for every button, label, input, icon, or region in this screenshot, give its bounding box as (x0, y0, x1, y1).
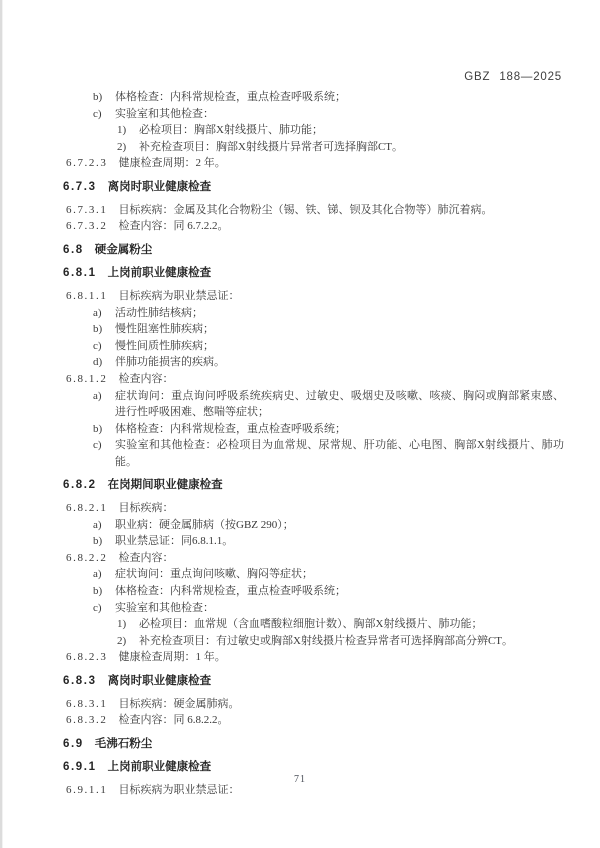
clause-number: 6.8.2 (63, 479, 97, 491)
clause-number: 6.8.2.3 (66, 651, 107, 663)
section-heading: 6.7.3离岗时职业健康检查 (0, 179, 600, 196)
sub-list-item: 2)补充检查项目：有过敏史或胸部X射线摄片检查异常者可选择胸部高分辨CT。 (0, 633, 600, 650)
clause-number: 6.8.1 (63, 267, 97, 279)
sub-list-item: 1)必检项目：血常规（含血嗜酸粒细胞计数）、胸部X射线摄片、肺功能； (0, 616, 600, 633)
standard-number-header: GBZ 188—2025 (464, 71, 562, 83)
item-label: b) (93, 583, 102, 600)
list-item: a)活动性肺结核病； (0, 305, 600, 322)
clause-text: 健康检查周期：1 年。 (118, 651, 225, 663)
clause-number: 6.8.3.1 (66, 698, 107, 710)
clause-number: 6.8.2.2 (66, 552, 107, 564)
clause-line: 6.8.3.1目标疾病：硬金属肺病。 (0, 696, 600, 713)
clause-text: 补充检查项目：胸部X射线摄片异常者可选择胸部CT。 (139, 141, 403, 153)
clause-text: 实验室和其他检查： (115, 108, 214, 120)
clause-text: 必检项目：血常规（含血嗜酸粒细胞计数）、胸部X射线摄片、肺功能； (139, 618, 482, 630)
clause-number: 6.8.3 (63, 675, 97, 687)
list-item: c)实验室和其他检查：必检项目为血常规、尿常规、肝功能、心电图、胸部X射线摄片、… (0, 437, 600, 470)
clause-number: 6.8.1.2 (66, 373, 107, 385)
sub-list-item: 2)补充检查项目：胸部X射线摄片异常者可选择胸部CT。 (0, 139, 600, 156)
document-page: GBZ 188—2025 b)体格检查：内科常规检查，重点检查呼吸系统；c)实验… (0, 0, 600, 848)
clause-text: 慢性间质性肺疾病； (115, 340, 214, 352)
clause-line: 6.8.2.2检查内容： (0, 550, 600, 567)
list-item: b)慢性阻塞性肺疾病； (0, 321, 600, 338)
clause-line: 6.8.1.1目标疾病为职业禁忌证： (0, 288, 600, 305)
item-label: 2) (117, 139, 126, 156)
item-label: d) (93, 354, 102, 371)
clause-text: 目标疾病：硬金属肺病。 (118, 698, 239, 710)
clause-text: 体格检查：内科常规检查，重点检查呼吸系统； (115, 585, 346, 597)
clause-text: 慢性阻塞性肺疾病； (115, 323, 214, 335)
clause-number: 6.7.3.2 (66, 220, 107, 232)
page-number: 71 (0, 774, 600, 785)
section-heading: 6.8.2在岗期间职业健康检查 (0, 477, 600, 494)
clause-number: 6.9.1 (63, 761, 97, 773)
item-label: 1) (117, 616, 126, 633)
item-label: b) (93, 89, 102, 106)
list-item: c)慢性间质性肺疾病； (0, 338, 600, 355)
item-label: b) (93, 321, 102, 338)
clause-line: 6.8.3.2检查内容：同 6.8.2.2。 (0, 712, 600, 729)
clause-number: 6.7.3.1 (66, 204, 107, 216)
clause-text: 伴肺功能损害的疾病。 (115, 356, 225, 368)
sub-list-item: 1)必检项目：胸部X射线摄片、肺功能； (0, 122, 600, 139)
section-heading: 6.8硬金属粉尘 (0, 242, 600, 259)
clause-text: 实验室和其他检查：必检项目为血常规、尿常规、肝功能、心电图、胸部X射线摄片、肺功… (115, 439, 564, 468)
list-item: c)实验室和其他检查： (0, 106, 600, 123)
clause-text: 上岗前职业健康检查 (108, 761, 212, 773)
clause-text: 职业病：硬金属肺病（按GBZ 290）； (115, 519, 294, 531)
clause-text: 毛沸石粉尘 (95, 738, 153, 750)
item-label: b) (93, 533, 102, 550)
list-item: c)实验室和其他检查： (0, 600, 600, 617)
clause-line: 6.8.2.1目标疾病： (0, 500, 600, 517)
clause-text: 症状询问：重点询问呼吸系统疾病史、过敏史、吸烟史及咳嗽、咳痰、胸闷或胸部紧束感、… (115, 390, 564, 419)
clause-number: 6.7.3 (63, 181, 97, 193)
item-label: b) (93, 421, 102, 438)
item-label: c) (93, 437, 102, 454)
item-label: c) (93, 338, 102, 355)
clause-text: 补充检查项目：有过敏史或胸部X射线摄片检查异常者可选择胸部高分辨CT。 (139, 635, 513, 647)
clause-text: 硬金属粉尘 (95, 244, 153, 256)
clause-line: 6.7.3.2检查内容：同 6.7.2.2。 (0, 218, 600, 235)
list-item: a)职业病：硬金属肺病（按GBZ 290）； (0, 517, 600, 534)
clause-text: 目标疾病为职业禁忌证： (118, 290, 239, 302)
clause-number: 6.7.2.3 (66, 157, 107, 169)
item-label: a) (93, 566, 102, 583)
clause-number: 6.8.2.1 (66, 502, 107, 514)
clause-number: 6.9 (63, 738, 84, 750)
clause-text: 检查内容：同 6.7.2.2。 (118, 220, 228, 232)
section-heading: 6.9毛沸石粉尘 (0, 736, 600, 753)
clause-text: 健康检查周期：2 年。 (118, 157, 225, 169)
clause-text: 离岗时职业健康检查 (108, 675, 212, 687)
item-label: a) (93, 517, 102, 534)
clause-text: 职业禁忌证：同6.8.1.1。 (115, 535, 233, 547)
clause-number: 6.8.3.2 (66, 714, 107, 726)
clause-number: 6.8.1.1 (66, 290, 107, 302)
clause-text: 体格检查：内科常规检查，重点检查呼吸系统； (115, 91, 346, 103)
clause-text: 检查内容： (118, 373, 173, 385)
clause-text: 体格检查：内科常规检查，重点检查呼吸系统； (115, 423, 346, 435)
clause-number: 6.8 (63, 244, 84, 256)
clause-text: 活动性肺结核病； (115, 307, 203, 319)
item-label: a) (93, 305, 102, 322)
clause-text: 必检项目：胸部X射线摄片、肺功能； (139, 124, 323, 136)
clause-text: 目标疾病： (118, 502, 173, 514)
clause-text: 上岗前职业健康检查 (108, 267, 212, 279)
document-content: b)体格检查：内科常规检查，重点检查呼吸系统；c)实验室和其他检查：1)必检项目… (0, 89, 600, 799)
clause-text: 症状询问：重点询问咳嗽、胸闷等症状； (115, 568, 313, 580)
clause-text: 目标疾病：金属及其化合物粉尘（锡、铁、锑、钡及其化合物等）肺沉着病。 (118, 204, 492, 216)
list-item: a)症状询问：重点询问呼吸系统疾病史、过敏史、吸烟史及咳嗽、咳痰、胸闷或胸部紧束… (0, 388, 600, 421)
clause-line: 6.7.3.1目标疾病：金属及其化合物粉尘（锡、铁、锑、钡及其化合物等）肺沉着病… (0, 202, 600, 219)
section-heading: 6.8.3离岗时职业健康检查 (0, 673, 600, 690)
list-item: a)症状询问：重点询问咳嗽、胸闷等症状； (0, 566, 600, 583)
item-label: 2) (117, 633, 126, 650)
clause-text: 在岗期间职业健康检查 (108, 479, 223, 491)
item-label: c) (93, 106, 102, 123)
list-item: b)体格检查：内科常规检查，重点检查呼吸系统； (0, 89, 600, 106)
item-label: a) (93, 388, 102, 405)
clause-text: 离岗时职业健康检查 (108, 181, 212, 193)
clause-text: 目标疾病为职业禁忌证： (118, 784, 239, 796)
item-label: c) (93, 600, 102, 617)
clause-line: 6.7.2.3健康检查周期：2 年。 (0, 155, 600, 172)
item-label: 1) (117, 122, 126, 139)
clause-text: 实验室和其他检查： (115, 602, 214, 614)
clause-line: 6.8.2.3健康检查周期：1 年。 (0, 649, 600, 666)
section-heading: 6.8.1上岗前职业健康检查 (0, 265, 600, 282)
list-item: b)职业禁忌证：同6.8.1.1。 (0, 533, 600, 550)
clause-line: 6.8.1.2检查内容： (0, 371, 600, 388)
list-item: b)体格检查：内科常规检查，重点检查呼吸系统； (0, 583, 600, 600)
clause-text: 检查内容： (118, 552, 173, 564)
clause-text: 检查内容：同 6.8.2.2。 (118, 714, 228, 726)
clause-number: 6.9.1.1 (66, 784, 107, 796)
list-item: d)伴肺功能损害的疾病。 (0, 354, 600, 371)
list-item: b)体格检查：内科常规检查，重点检查呼吸系统； (0, 421, 600, 438)
